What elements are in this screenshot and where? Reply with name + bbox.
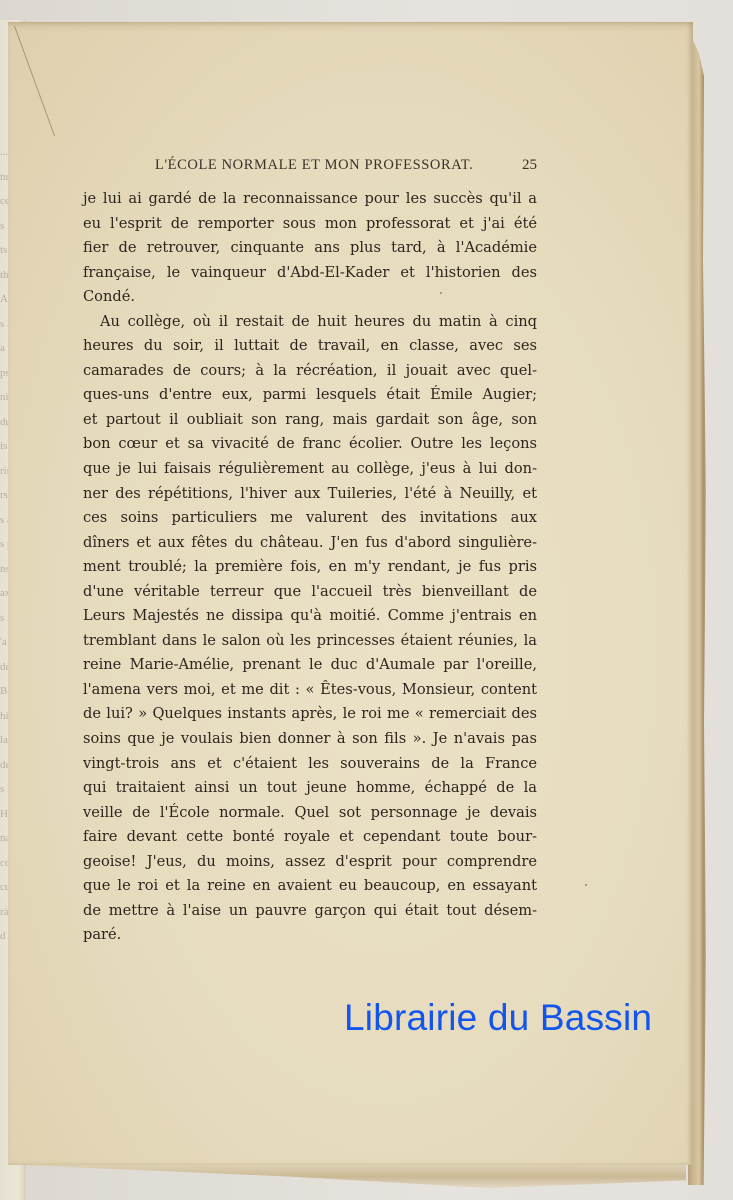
text-line: qui traitaient ainsi un tout jeune homme…: [83, 776, 537, 801]
text-line: je lui ai gardé de la reconnaissance pou…: [83, 187, 537, 212]
paper-speck: [440, 292, 442, 294]
text-line: soins que je voulais bien donner à son f…: [83, 727, 537, 752]
photo-scene: ...nuce ps lots atheAmes laa pps pnidu a…: [0, 0, 733, 1200]
text-line: Au collège, où il restait de huit heures…: [83, 310, 537, 335]
text-line: l'amena vers moi, et me dit : « Êtes-vou…: [83, 678, 537, 703]
text-line: que le roi et la reine en avaient eu bea…: [83, 874, 537, 899]
text-line: ment troublé; la première fois, en m'y r…: [83, 555, 537, 580]
text-line: paré.: [83, 923, 537, 948]
running-head-title: L'ÉCOLE NORMALE ET MON PROFESSORAT.: [155, 157, 473, 174]
text-line: veille de l'École normale. Quel sot pers…: [83, 801, 537, 826]
text-line: ces soins particuliers me valurent des i…: [83, 506, 537, 531]
page-number: 25: [522, 157, 537, 174]
text-line: d'une véritable terreur que l'accueil tr…: [83, 580, 537, 605]
text-line: ques-uns d'entre eux, parmi lesquels éta…: [83, 383, 537, 408]
text-line: que je lui faisais régulièrement au coll…: [83, 457, 537, 482]
text-line: faire devant cette bonté royale et cepen…: [83, 825, 537, 850]
text-line: ner des répétitions, l'hiver aux Tuileri…: [83, 482, 537, 507]
text-line: française, le vainqueur d'Abd-El-Kader e…: [83, 261, 537, 286]
text-line: eu l'esprit de remporter sous mon profes…: [83, 212, 537, 237]
text-line: heures du soir, il luttait de travail, e…: [83, 334, 537, 359]
text-line: camarades de cours; à la récréation, il …: [83, 359, 537, 384]
body-text: je lui ai gardé de la reconnaissance pou…: [83, 187, 537, 948]
running-head: L'ÉCOLE NORMALE ET MON PROFESSORAT. 25: [83, 157, 537, 177]
book-page: L'ÉCOLE NORMALE ET MON PROFESSORAT. 25 j…: [8, 22, 693, 1165]
text-line: bon cœur et sa vivacité de franc écolier…: [83, 432, 537, 457]
text-line: fier de retrouver, cinquante ans plus ta…: [83, 236, 537, 261]
text-line: Condé.: [83, 285, 537, 310]
text-line: et partout il oubliait son rang, mais ga…: [83, 408, 537, 433]
text-line: de mettre à l'aise un pauvre garçon qui …: [83, 899, 537, 924]
text-line: Leurs Majestés ne dissipa qu'à moitié. C…: [83, 604, 537, 629]
page-crease: [14, 26, 95, 136]
text-line: geoise! J'eus, du moins, assez d'esprit …: [83, 850, 537, 875]
text-line: de lui? » Quelques instants après, le ro…: [83, 702, 537, 727]
text-line: tremblant dans le salon où les princesse…: [83, 629, 537, 654]
text-line: reine Marie-Amélie, prenant le duc d'Aum…: [83, 653, 537, 678]
text-line: vingt-trois ans et c'étaient les souvera…: [83, 752, 537, 777]
watermark-text: Librairie du Bassin: [344, 997, 652, 1039]
text-line: dîners et aux fêtes du château. J'en fus…: [83, 531, 537, 556]
paper-speck: [585, 884, 587, 886]
